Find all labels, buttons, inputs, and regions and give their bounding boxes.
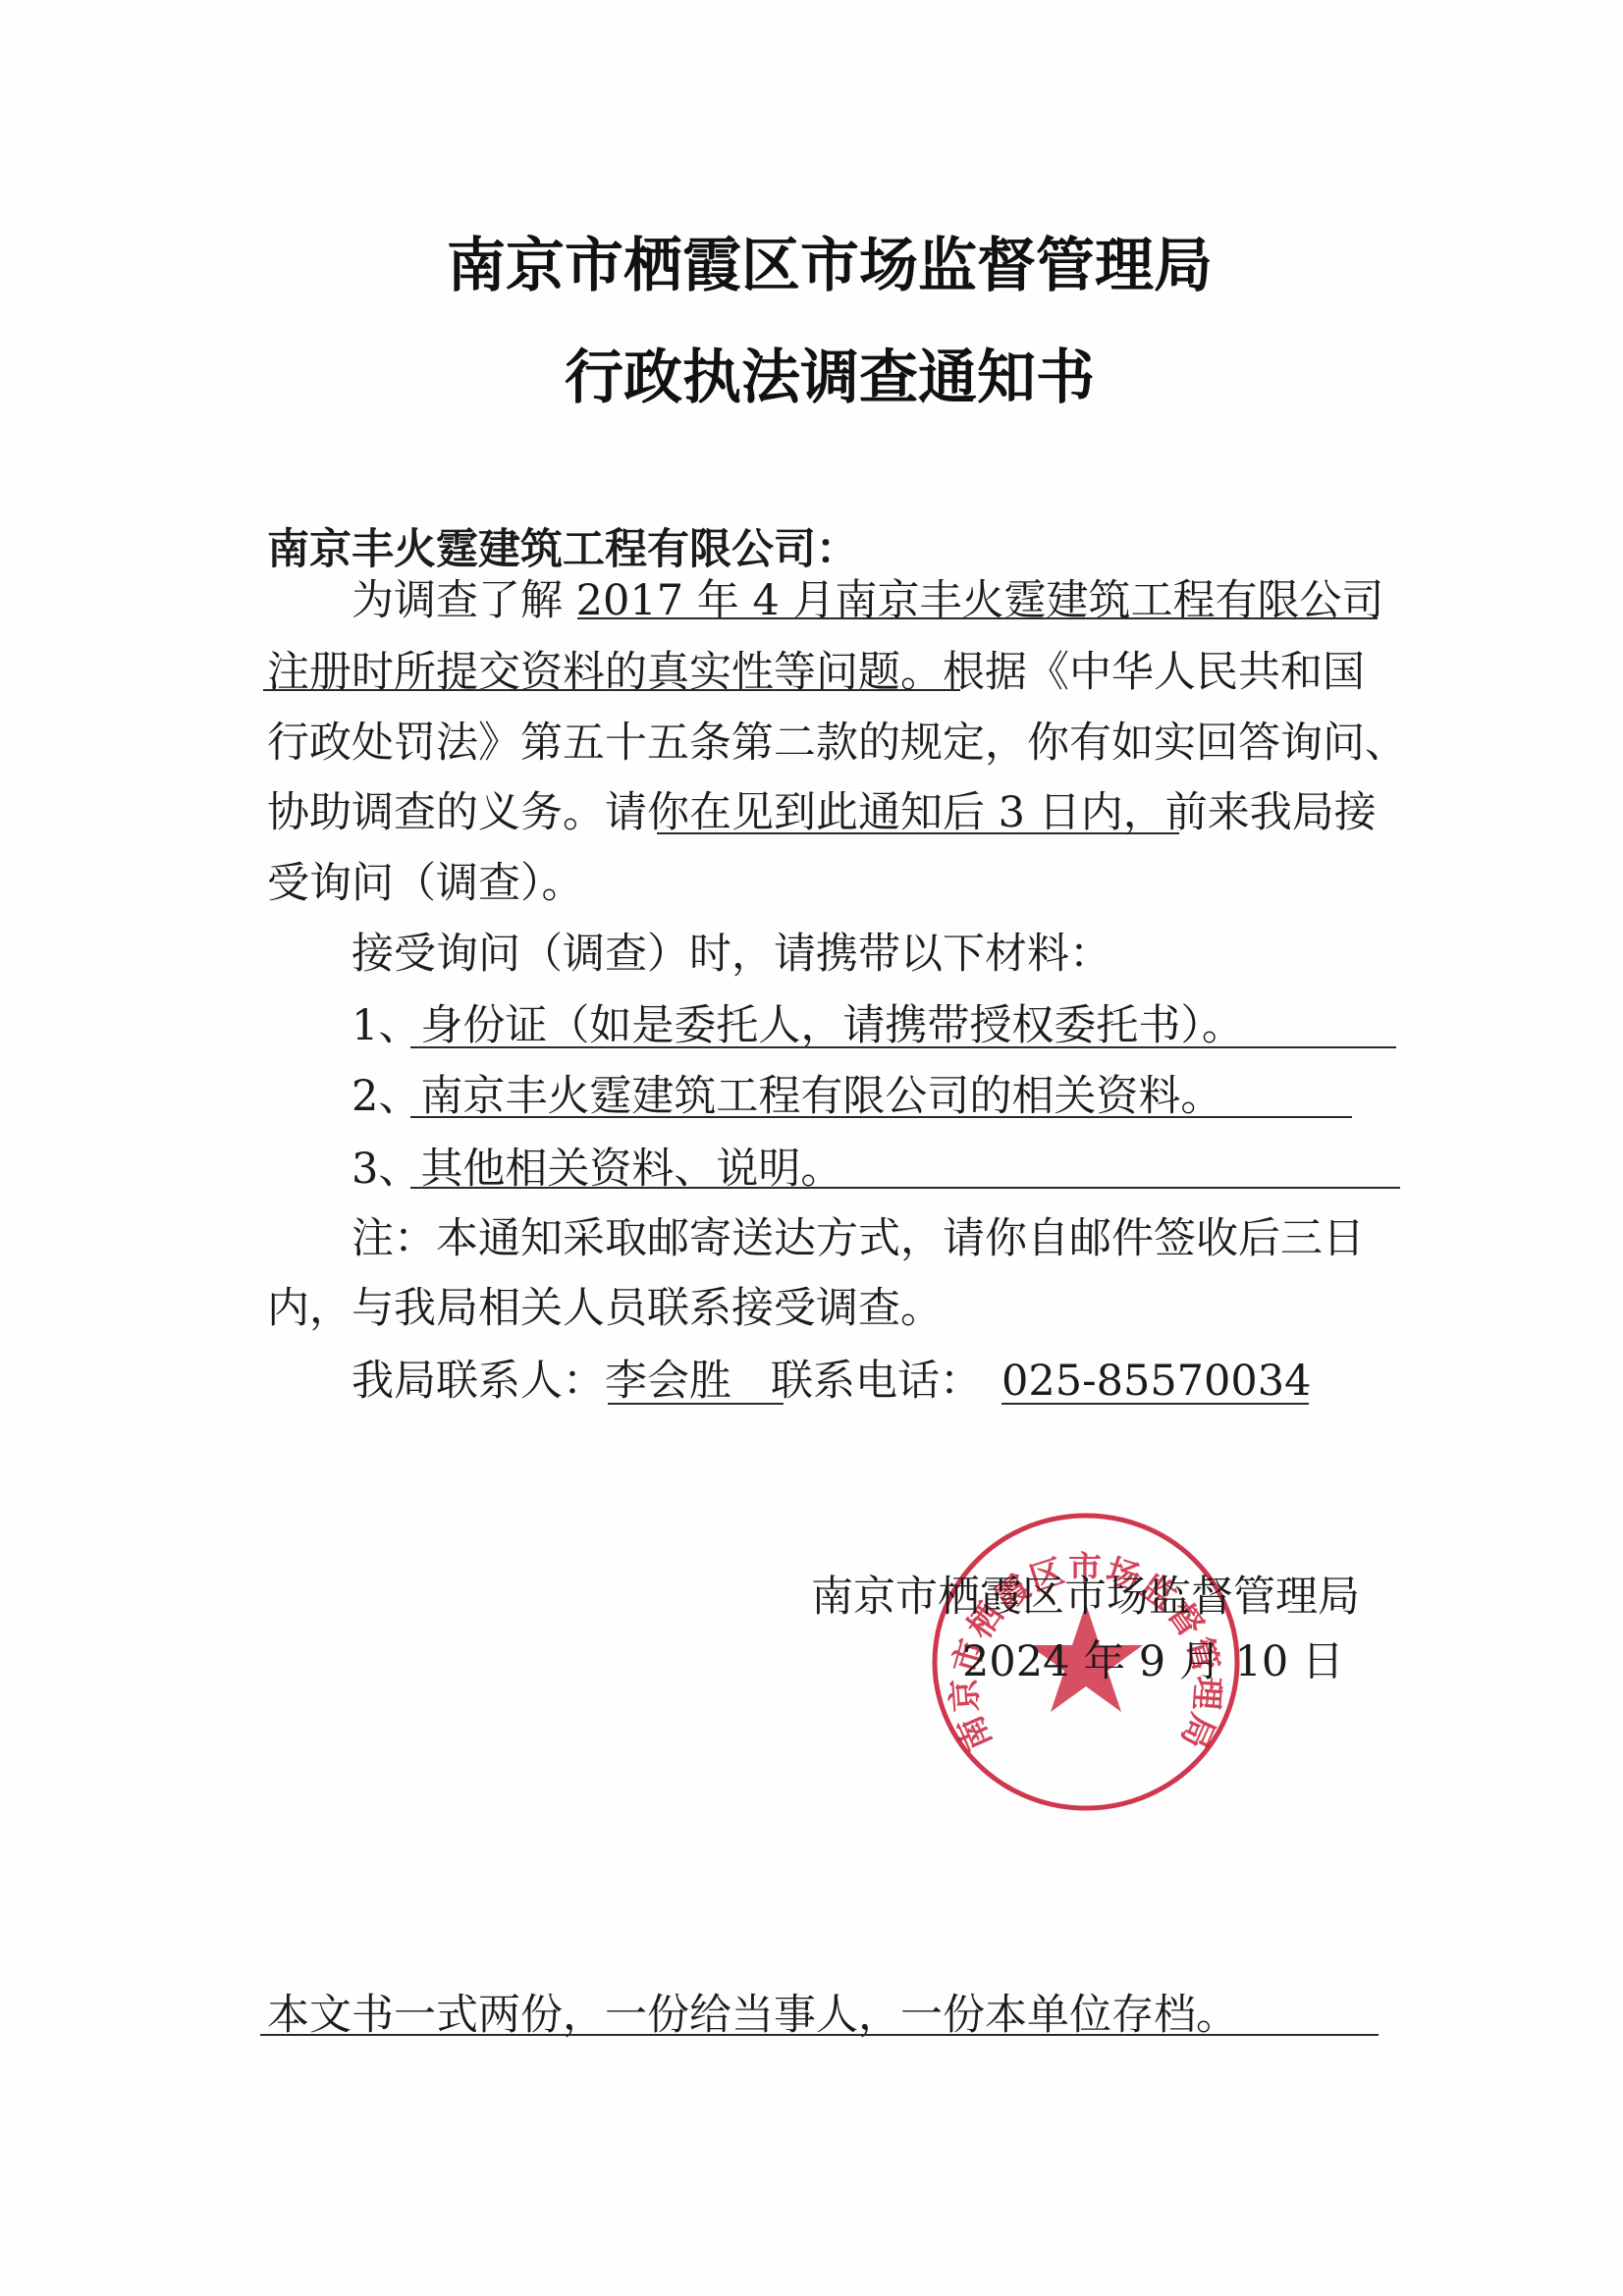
footer-note: 本文书一式两份，一份给当事人，一份本单位存档。 [267,1991,1238,2040]
text: 根据《中华人民共和国 [943,648,1365,697]
note-line-2: 内，与我局相关人员联系接受调查。 [267,1284,943,1333]
text: 为调查了解 [352,576,563,625]
contact-label: 我局联系人： [352,1357,605,1406]
underline [410,1046,1396,1048]
agency-title: 南京市栖霞区市场监督管理局 [0,232,1623,300]
paragraph-line-4: 协助调查的义务。请你在见到此通知后 3 日内，前来我局接 [267,788,1377,837]
materials-intro: 接受询问（调查）时，请携带以下材料： [352,930,1111,979]
underline [410,1187,1400,1189]
item-number: 1、 [352,1001,420,1050]
signature-date: 2024 年 9 月 10 日 [962,1637,1344,1686]
contact-name: 李会胜 [605,1357,731,1406]
underline [608,1403,784,1405]
text: 协助调查的义务。请 [267,788,647,837]
note-line-1: 注：本通知采取邮寄送达方式，请你自邮件签收后三日 [352,1214,1365,1263]
underline [260,2034,1379,2036]
underline [410,1116,1352,1118]
item-text: 身份证（如是委托人，请携带授权委托书）。 [420,1001,1244,1050]
item-number: 2、 [352,1072,420,1121]
recipient: 南京丰火霆建筑工程有限公司： [267,525,858,574]
underline [263,689,960,691]
signature-agency: 南京市栖霞区市场监督管理局 [811,1573,1360,1622]
deadline: 你在见到此通知后 3 日内， [647,788,1165,837]
document-page: 南京市栖霞区市场监督管理局 行政执法调查通知书 南京丰火霆建筑工程有限公司： 为… [0,0,1623,2296]
text: 前来我局接 [1165,788,1377,837]
phone-number: 025-85570034 [1001,1357,1311,1406]
contact-line: 我局联系人：李会胜联系电话：025-85570034 [352,1357,1311,1406]
material-item-1: 1、身份证（如是委托人，请携带授权委托书）。 [352,1001,1244,1050]
paragraph-line-3: 行政处罚法》第五十五条第二款的规定，你有如实回答询问、 [267,719,1407,768]
item-text: 南京丰火霆建筑工程有限公司的相关资料。 [420,1072,1222,1121]
material-item-2: 2、南京丰火霆建筑工程有限公司的相关资料。 [352,1072,1222,1121]
phone-label: 联系电话： [771,1357,982,1406]
underline [1001,1403,1309,1405]
document-title: 行政执法调查通知书 [0,344,1623,412]
underline [657,832,1179,834]
underline [577,617,1378,619]
paragraph-line-5: 受询问（调查）。 [267,859,584,908]
